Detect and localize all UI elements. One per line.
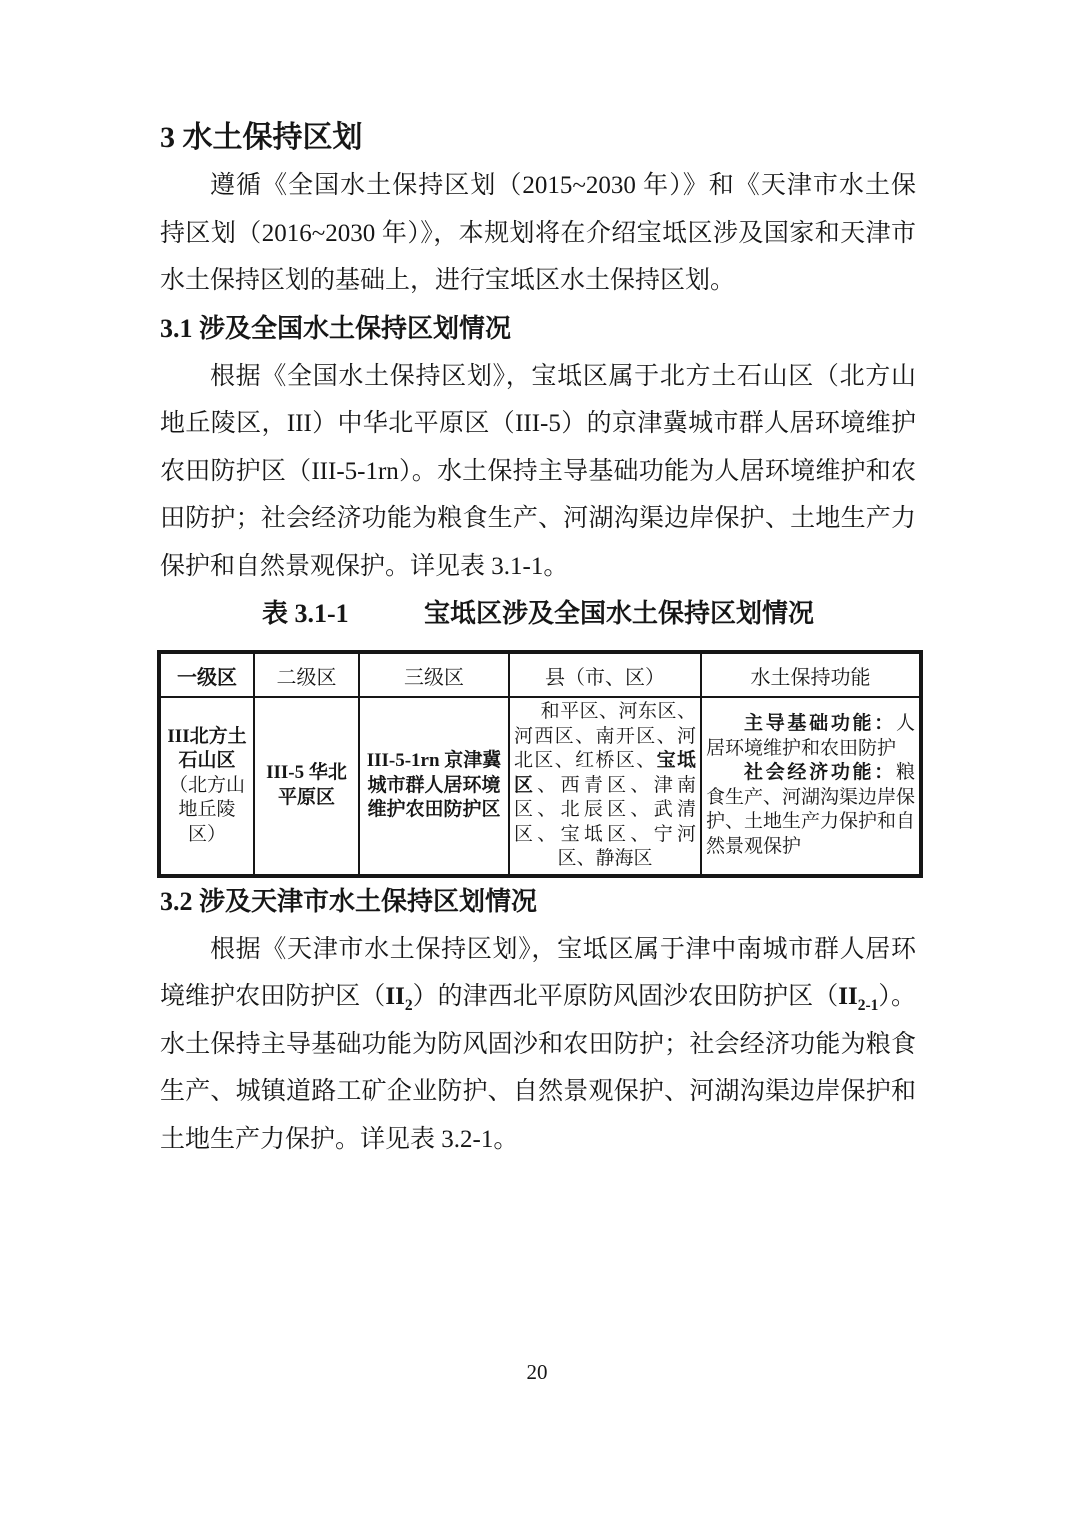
intro-paragraph: 遵循《全国水土保持区划（2015~2030 年）》和《天津市水土保持区划（201…	[160, 162, 916, 305]
table-3-1-1-caption: 表 3.1-1宝坻区涉及全国水土保持区划情况	[160, 590, 916, 638]
cell-level1-region: III北方土石山区（北方山地丘陵区）	[159, 697, 254, 876]
table-header-row: 一级区 二级区 三级区 县（市、区） 水土保持功能	[159, 652, 921, 697]
chapter-heading: 3 水土保持区划	[160, 114, 916, 162]
table-row: III北方土石山区（北方山地丘陵区） III-5 华北平原区 III-5-1rn…	[159, 697, 921, 876]
col-header-function: 水土保持功能	[701, 652, 921, 697]
col-header-level1: 一级区	[159, 652, 254, 697]
zone-code-II2-subscript: 2	[405, 997, 413, 1014]
section-3-1-heading: 3.1 涉及全国水土保持区划情况	[160, 305, 916, 353]
table-3-1-1: 一级区 二级区 三级区 县（市、区） 水土保持功能 III北方土石山区（北方山地…	[157, 650, 923, 878]
page-number: 20	[0, 1358, 1074, 1386]
zone-code-II2: II	[385, 983, 404, 1010]
socioeconomic-function-paragraph: 社会经济功能：粮食生产、河湖沟渠边岸保护、土地生产力保护和自然景观保护	[706, 761, 915, 859]
primary-function-label: 主导基础功能：	[744, 713, 896, 734]
section-3-2-paragraph: 根据《天津市水土保持区划》，宝坻区属于津中南城市群人居环境维护农田防护区（II2…	[160, 926, 916, 1164]
col-header-county: 县（市、区）	[509, 652, 701, 697]
level2-region-code: III-5 华北平原区	[266, 762, 347, 808]
table-caption-title: 宝坻区涉及全国水土保持区划情况	[424, 599, 814, 628]
zone-code-II2-1-subscript: 2-1	[858, 997, 879, 1014]
level1-region-note: （北方山地丘陵区）	[169, 775, 245, 845]
level1-region-code: III北方土石山区	[167, 726, 246, 772]
primary-function-paragraph: 主导基础功能：人居环境维护和农田防护	[706, 712, 915, 761]
document-page: 3 水土保持区划 遵循《全国水土保持区划（2015~2030 年）》和《天津市水…	[0, 0, 1074, 1520]
table-caption-label: 表 3.1-1	[262, 599, 349, 628]
section-3-2-heading: 3.2 涉及天津市水土保持区划情况	[160, 878, 916, 926]
zone-code-II2-1: II	[838, 983, 857, 1010]
level3-region-code: III-5-1rn 京津冀城市群人居环境维护农田防护区	[367, 750, 502, 820]
section-3-1-paragraph: 根据《全国水土保持区划》，宝坻区属于北方土石山区（北方山地丘陵区，III）中华北…	[160, 353, 916, 591]
col-header-level3: 三级区	[359, 652, 509, 697]
socioeconomic-function-label: 社会经济功能：	[744, 762, 896, 783]
section-3-2-text-2: ）的津西北平原防风固沙农田防护区（	[413, 983, 839, 1010]
cell-level2-region: III-5 华北平原区	[254, 697, 359, 876]
county-list-after: 、西青区、津南区、北辰区、武清区、宝坻区、宁河区、静海区	[514, 775, 696, 870]
document-content: 3 水土保持区划 遵循《全国水土保持区划（2015~2030 年）》和《天津市水…	[160, 114, 916, 1163]
col-header-level2: 二级区	[254, 652, 359, 697]
cell-conservation-functions: 主导基础功能：人居环境维护和农田防护 社会经济功能：粮食生产、河湖沟渠边岸保护、…	[701, 697, 921, 876]
cell-level3-region: III-5-1rn 京津冀城市群人居环境维护农田防护区	[359, 697, 509, 876]
cell-county-list: 和平区、河东区、河西区、南开区、河北区、红桥区、宝坻区、西青区、津南区、北辰区、…	[509, 697, 701, 876]
